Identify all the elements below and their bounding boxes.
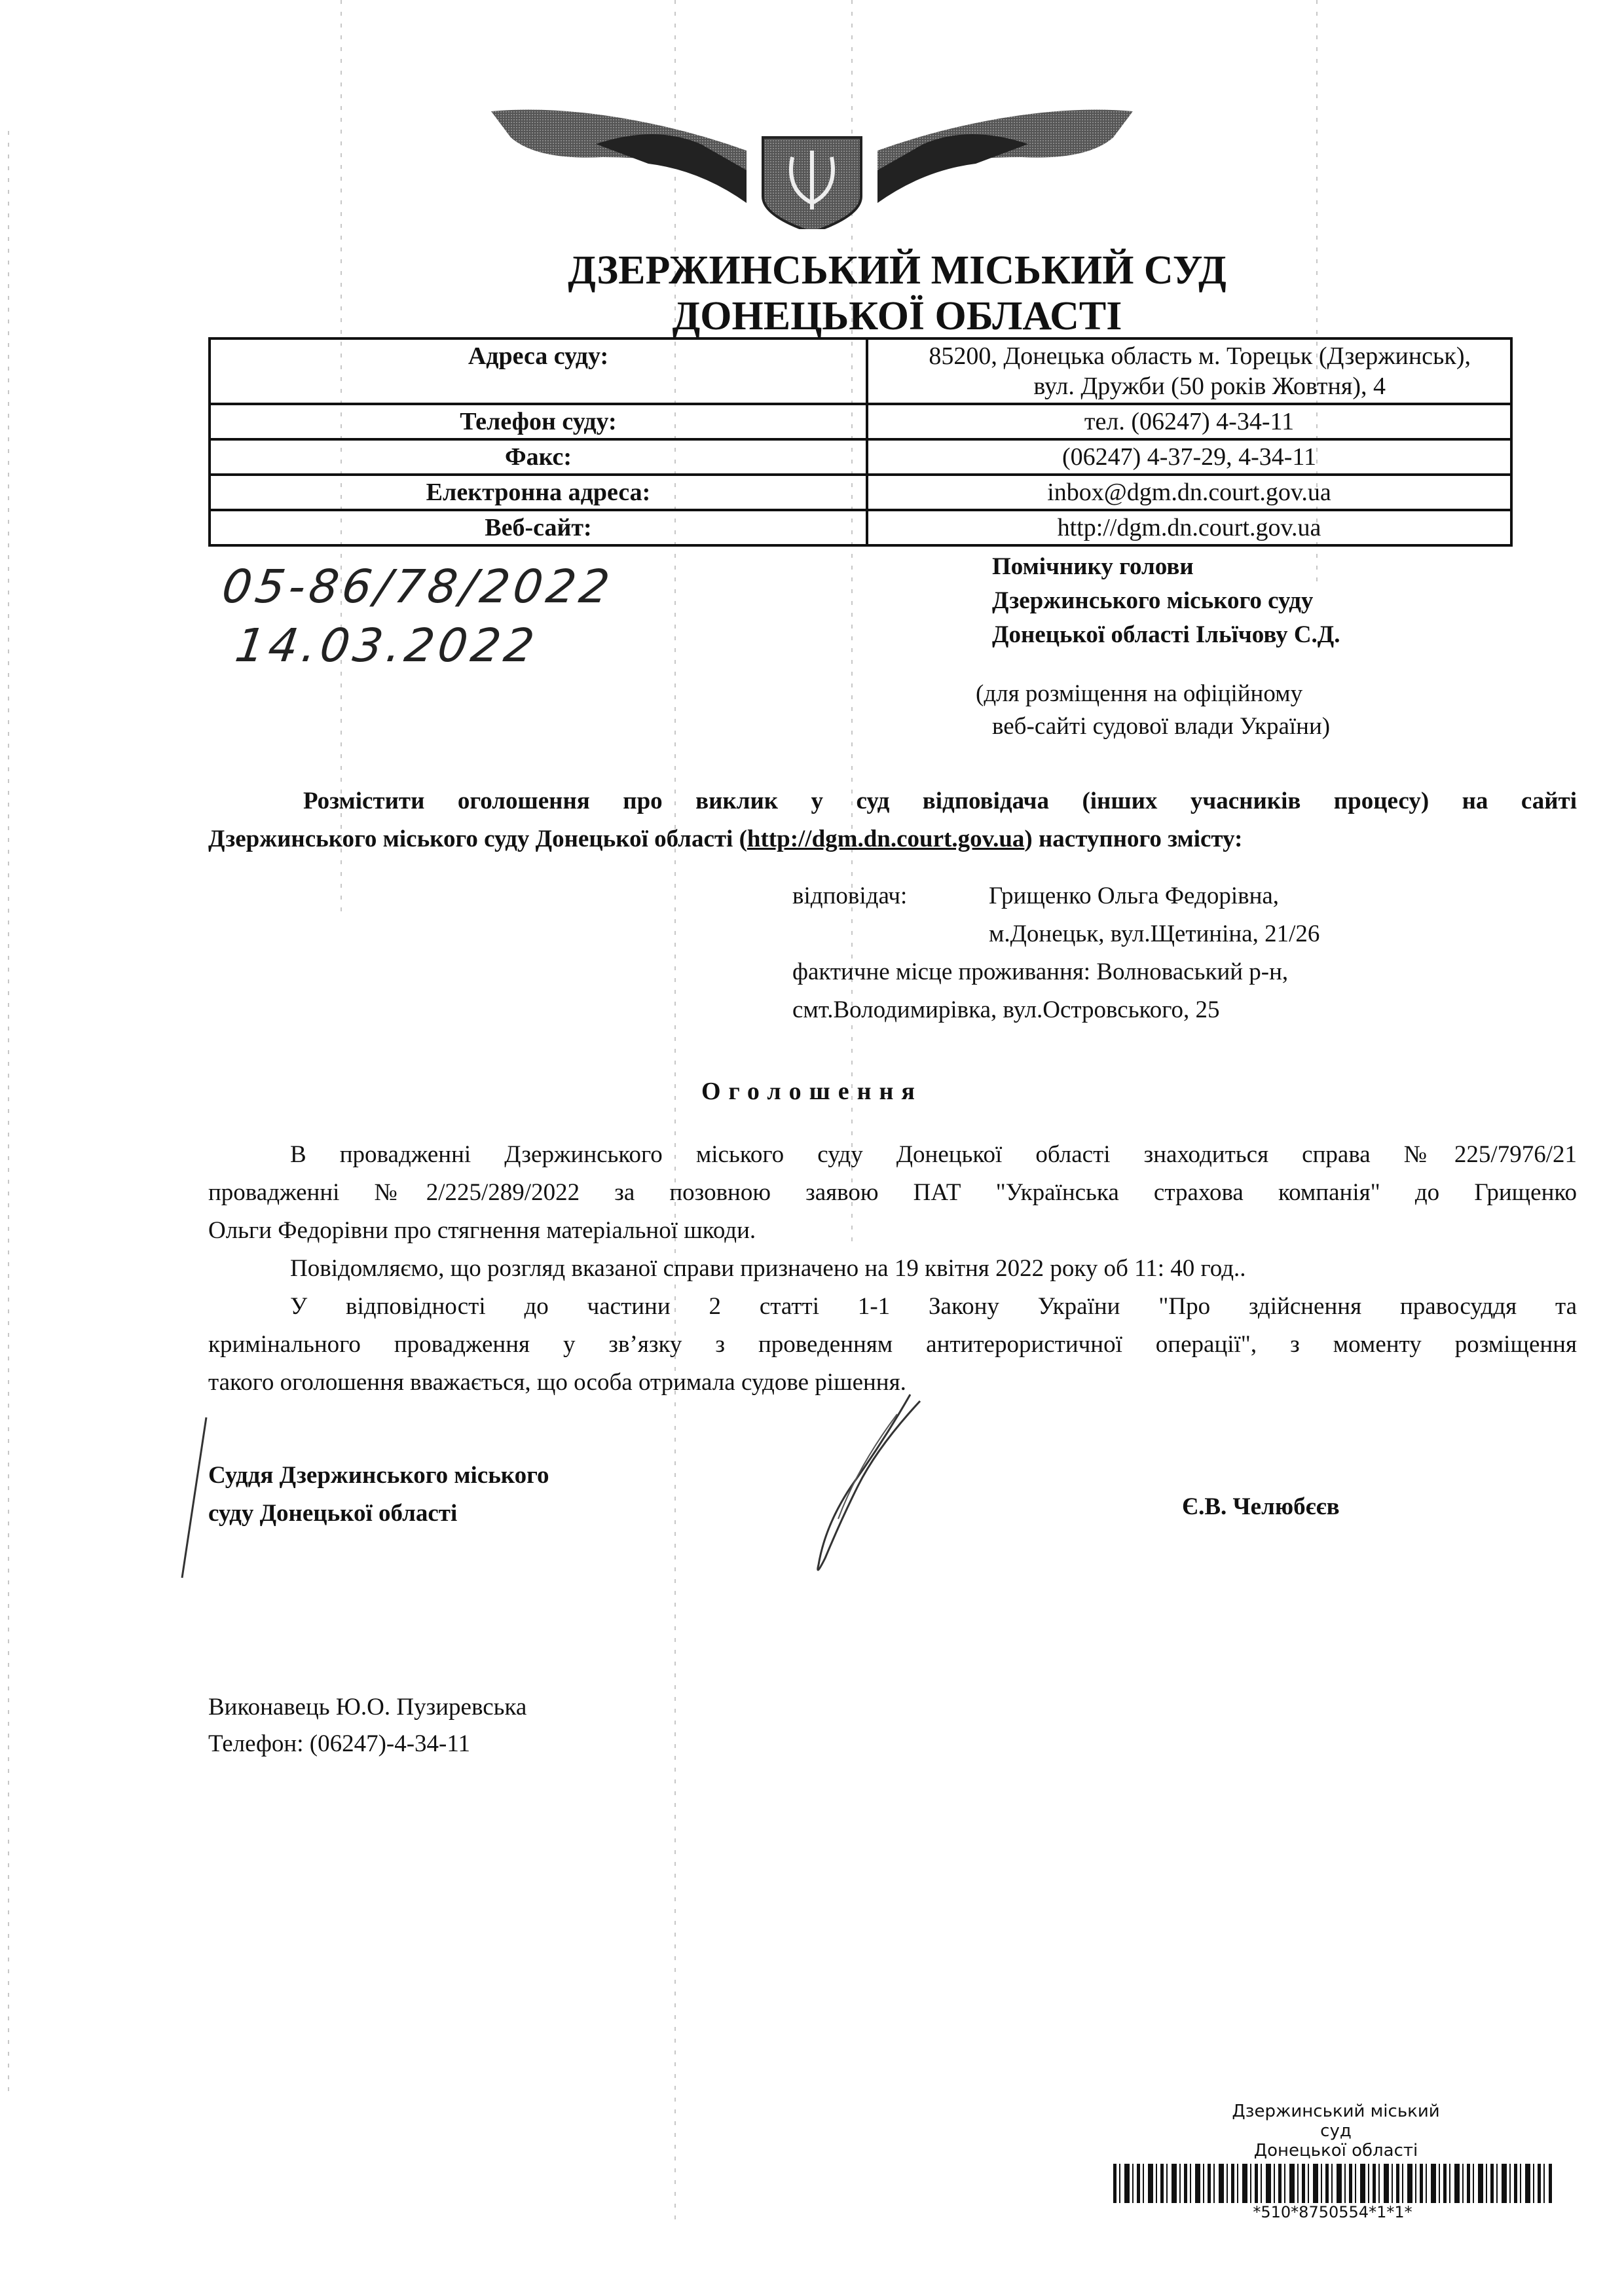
paragraph: провадженні №2/225/289/2022 за позовною …: [208, 1174, 1577, 1212]
handwritten-date: 14.03.2022: [232, 619, 541, 672]
margin-pen-stroke: [177, 1414, 216, 1584]
court-name-line1: ДЗЕРЖИНСЬКИЙ МІСЬКИЙ СУД: [85, 247, 1624, 294]
intro-paragraph: Розмістити оголошення про виклик у суд в…: [208, 782, 1577, 858]
table-row: Факс: (06247) 4-37-29, 4-34-11: [210, 439, 1511, 475]
intro-line1: Розмістити оголошення про виклик у суд в…: [208, 782, 1577, 820]
value-fax: (06247) 4-37-29, 4-34-11: [867, 439, 1511, 475]
placement-note: (для розміщення на офіційному веб-сайті …: [976, 678, 1330, 743]
executor-phone: Телефон: (06247)-4-34-11: [208, 1726, 526, 1762]
position-line: суду Донецької області: [208, 1495, 549, 1533]
position-line: Суддя Дзержинського міського: [208, 1457, 549, 1495]
website-link[interactable]: http://dgm.dn.court.gov.ua: [747, 826, 1025, 852]
judge-position: Суддя Дзержинського міського суду Донець…: [208, 1457, 549, 1533]
paragraph: В провадженні Дзержинського міського суд…: [208, 1136, 1577, 1174]
intro-line2: Дзержинського міського суду Донецької об…: [208, 820, 1577, 858]
recipient-line: Донецької області Ільїчову С.Д.: [992, 618, 1340, 652]
table-row: Адреса суду: 85200, Донецька область м. …: [210, 338, 1511, 404]
defendant-name: Грищенко Ольга Федорівна,: [989, 877, 1279, 915]
label-email: Електронна адреса:: [210, 475, 867, 510]
recipient-line: Дзержинського міського суду: [992, 584, 1340, 618]
court-stamp: Дзержинський міський суд Донецької облас…: [1225, 2102, 1447, 2160]
recipient-line: Помічнику голови: [992, 550, 1340, 584]
role-label: відповідач:: [792, 877, 989, 915]
court-info-table: Адреса суду: 85200, Донецька область м. …: [208, 337, 1513, 547]
actual-residence: смт.Володимирівка, вул.Островського, 25: [792, 991, 1319, 1029]
note-line: (для розміщення на офіційному: [976, 678, 1330, 710]
value-phone: тел. (06247) 4-34-11: [867, 404, 1511, 439]
executor-block: Виконавець Ю.О. Пузиревська Телефон: (06…: [208, 1689, 526, 1762]
barcode-icon: [1113, 2164, 1552, 2203]
stamp-line: Донецької області: [1225, 2141, 1447, 2160]
announcement-title: Оголошення: [0, 1077, 1624, 1106]
paragraph: Ольги Федорівни про стягнення матеріальн…: [208, 1212, 1577, 1250]
label-phone: Телефон суду:: [210, 404, 867, 439]
signature-icon: [779, 1388, 936, 1584]
intro-text: ) наступного змісту:: [1024, 826, 1242, 852]
intro-text: Дзержинського міського суду Донецької об…: [208, 826, 747, 852]
table-row: Веб-сайт: http://dgm.dn.court.gov.ua: [210, 510, 1511, 545]
paragraph: Повідомляємо, що розгляд вказаної справи…: [208, 1250, 1577, 1288]
label-address: Адреса суду:: [210, 338, 867, 404]
paragraph: кримінального провадження у зв’язку з пр…: [208, 1326, 1577, 1364]
ukraine-trident-emblem-icon: [485, 98, 1139, 229]
paragraph: У відповідності до частини 2 статті 1-1 …: [208, 1288, 1577, 1326]
actual-residence: фактичне місце проживання: Волноваський …: [792, 953, 1319, 991]
announcement-body: В провадженні Дзержинського міського суд…: [208, 1136, 1577, 1402]
stamp-line: Дзержинський міський суд: [1225, 2102, 1447, 2141]
defendant-block: відповідач:Грищенко Ольга Федорівна, м.Д…: [792, 877, 1319, 1029]
value-address: 85200, Донецька область м. Торецьк (Дзер…: [867, 338, 1511, 404]
address-line1: 85200, Донецька область м. Торецьк (Дзер…: [875, 341, 1471, 371]
value-website[interactable]: http://dgm.dn.court.gov.ua: [867, 510, 1511, 545]
label-fax: Факс:: [210, 439, 867, 475]
executor-name: Виконавець Ю.О. Пузиревська: [208, 1689, 526, 1726]
recipient-block: Помічнику голови Дзержинського міського …: [992, 550, 1340, 652]
scan-artifact: [8, 131, 9, 2095]
handwritten-reg-number: 05-86/78/2022: [219, 560, 616, 613]
address-line2: вул. Дружби (50 років Жовтня), 4: [875, 371, 1471, 401]
barcode-text: *510*8750554*1*1*: [1113, 2203, 1552, 2221]
value-email[interactable]: inbox@dgm.dn.court.gov.ua: [867, 475, 1511, 510]
note-line: веб-сайті судової влади України): [976, 710, 1330, 743]
judge-name: Є.В. Челюбєєв: [1182, 1493, 1340, 1521]
court-name-line2: ДОНЕЦЬКОЇ ОБЛАСТІ: [85, 293, 1624, 340]
label-website: Веб-сайт:: [210, 510, 867, 545]
table-row: Телефон суду: тел. (06247) 4-34-11: [210, 404, 1511, 439]
defendant-address: м.Донецьк, вул.Щетиніна, 21/26: [989, 915, 1319, 953]
table-row: Електронна адреса: inbox@dgm.dn.court.go…: [210, 475, 1511, 510]
